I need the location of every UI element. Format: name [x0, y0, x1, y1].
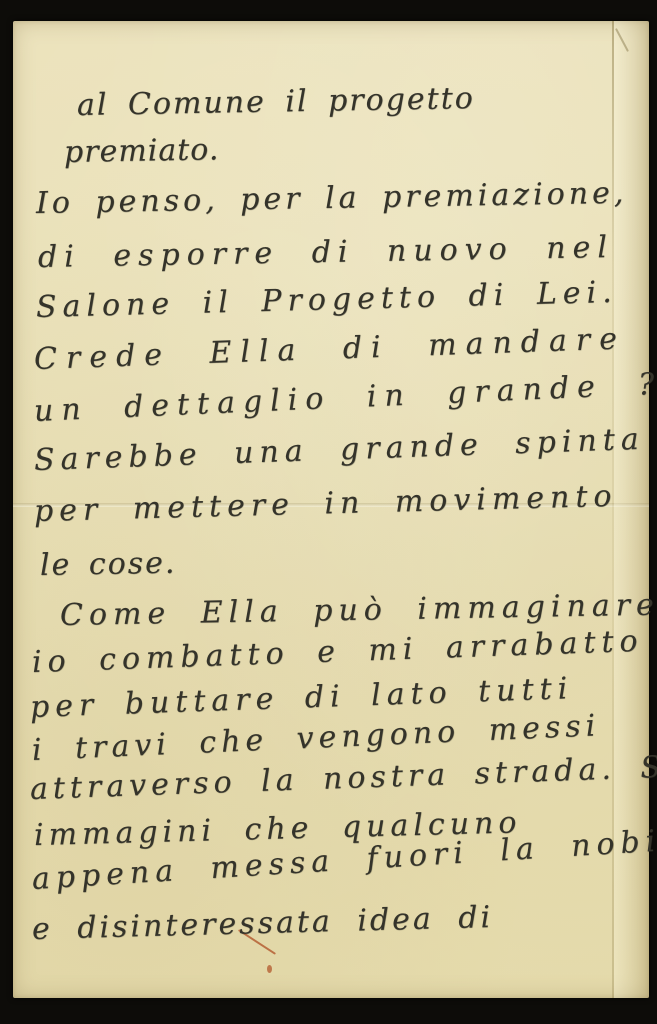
letter-page: al Comune il progetto premiato. Io penso…: [13, 21, 649, 998]
rust-stain-dot: [267, 965, 272, 973]
handwritten-line-4: Salone il Progetto di Lei.: [36, 275, 619, 326]
handwritten-line-5: Crede Ella di mandare: [33, 321, 626, 378]
handwritten-line-0: al Comune il progetto: [77, 81, 475, 124]
handwritten-line-3: di esporre di nuovo nel: [38, 230, 615, 276]
scan-background: al Comune il progetto premiato. Io penso…: [0, 0, 657, 1024]
handwritten-line-8: per mettere in movimento: [34, 479, 618, 530]
handwritten-line-17: e disinteressata idea di: [32, 900, 494, 948]
handwritten-line-9: le cose.: [40, 546, 177, 584]
handwritten-line-7: Sarebbe una grande spinta: [33, 422, 645, 479]
handwritten-line-2: Io penso, per la premiazione,: [36, 176, 628, 222]
handwritten-line-6: un dettaglio in grande ?: [33, 367, 657, 430]
handwritten-line-1: premiato.: [64, 132, 220, 171]
